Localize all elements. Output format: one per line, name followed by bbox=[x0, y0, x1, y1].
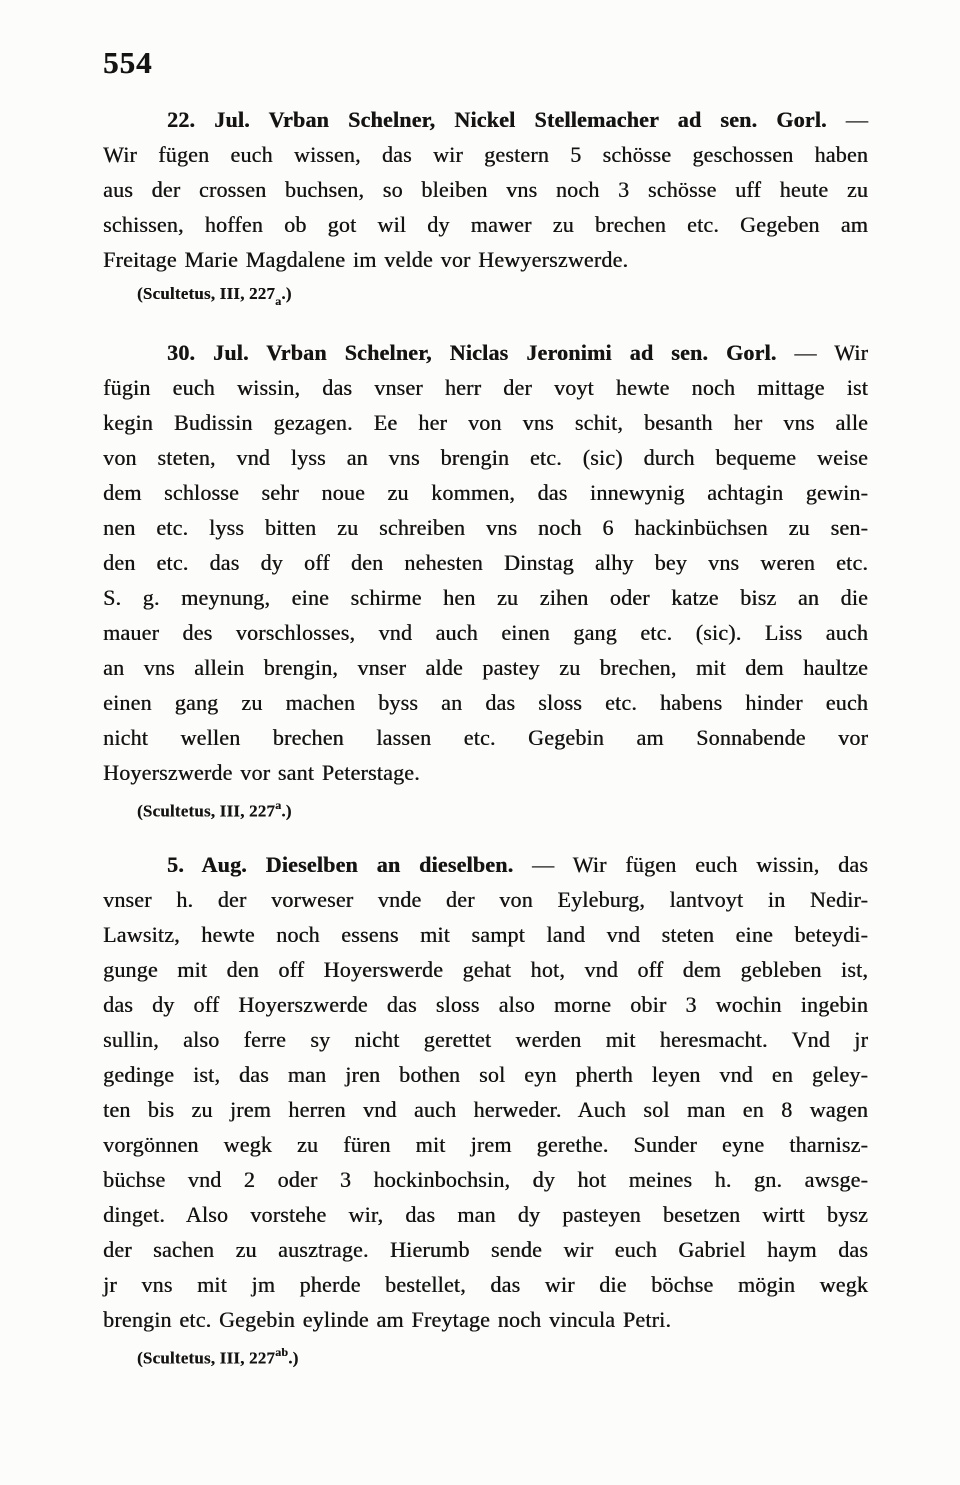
entry-heading-continuation: — Wir fügen euch wissin, das bbox=[513, 852, 868, 877]
text-line: jr vns mit jm pherde bestellet, das wir … bbox=[103, 1267, 868, 1302]
text-line: sullin, also ferre sy nicht gerettet wer… bbox=[103, 1022, 868, 1057]
entry-heading-continuation: — Wir bbox=[776, 340, 868, 365]
text-line: fügin euch wissin, das vnser herr der vo… bbox=[103, 370, 868, 405]
entry-first-line: 22. Jul. Vrban Schelner, Nickel Stellema… bbox=[103, 102, 868, 137]
entry-heading: 5. Aug. Dieselben an dieselben. bbox=[167, 852, 513, 877]
text-line: das dy off Hoyerszwerde das sloss also m… bbox=[103, 987, 868, 1022]
text-line: einen gang zu machen byss an das sloss e… bbox=[103, 685, 868, 720]
text-line: den etc. das dy off den nehesten Dinstag… bbox=[103, 545, 868, 580]
entry-body: fügin euch wissin, das vnser herr der vo… bbox=[103, 370, 868, 790]
text-line: aus der crossen buchsen, so bleiben vns … bbox=[103, 172, 868, 207]
citation-prefix: (Scultetus, III, 227 bbox=[137, 284, 275, 303]
citation-suffix: .) bbox=[281, 284, 291, 303]
text-line: nen etc. lyss bitten zu schreiben vns no… bbox=[103, 510, 868, 545]
entry-body: vnser h. der vorweser vnde der von Eyleb… bbox=[103, 882, 868, 1337]
page-number: 554 bbox=[103, 44, 868, 81]
text-line: brengin etc. Gegebin eylinde am Freytage… bbox=[103, 1302, 868, 1337]
text-line: gunge mit den off Hoyerswerde gehat hot,… bbox=[103, 952, 868, 987]
text-line: S. g. meynung, eine schirme hen zu zihen… bbox=[103, 580, 868, 615]
text-line: Wir fügen euch wissen, das wir gestern 5… bbox=[103, 137, 868, 172]
text-line: Hoyerszwerde vor sant Peterstage. bbox=[103, 755, 868, 790]
entry-heading-continuation: — bbox=[827, 107, 868, 132]
entry-heading: 30. Jul. Vrban Schelner, Niclas Jeronimi… bbox=[167, 340, 776, 365]
book-page: 554 22. Jul. Vrban Schelner, Nickel Stel… bbox=[103, 44, 868, 1370]
entry-heading: 22. Jul. Vrban Schelner, Nickel Stellema… bbox=[167, 107, 827, 132]
text-line: schissen, hoffen ob got wil dy mawer zu … bbox=[103, 207, 868, 242]
regest-entry: 5. Aug. Dieselben an dieselben. — Wir fü… bbox=[103, 847, 868, 1370]
citation-suffix: .) bbox=[288, 1349, 298, 1368]
text-line: nicht wellen brechen lassen etc. Gegebin… bbox=[103, 720, 868, 755]
citation-prefix: (Scultetus, III, 227 bbox=[137, 1349, 275, 1368]
entry-first-line: 5. Aug. Dieselben an dieselben. — Wir fü… bbox=[103, 847, 868, 882]
regest-entry: 22. Jul. Vrban Schelner, Nickel Stellema… bbox=[103, 102, 868, 311]
regest-entry: 30. Jul. Vrban Schelner, Niclas Jeronimi… bbox=[103, 335, 868, 823]
text-line: vorgönnen wegk zu füren mit jrem gerethe… bbox=[103, 1127, 868, 1162]
citation-folio-marker: a bbox=[275, 798, 281, 812]
text-line: an vns allein brengin, vnser alde pastey… bbox=[103, 650, 868, 685]
text-line: von steten, vnd lyss an vns brengin etc.… bbox=[103, 440, 868, 475]
text-line: Freitage Marie Magdalene im velde vor He… bbox=[103, 242, 868, 277]
source-citation: (Scultetus, III, 227a.) bbox=[137, 282, 868, 311]
citation-suffix: .) bbox=[281, 802, 291, 821]
entry-body: Wir fügen euch wissen, das wir gestern 5… bbox=[103, 137, 868, 277]
text-line: Lawsitz, hewte noch essens mit sampt lan… bbox=[103, 917, 868, 952]
citation-folio-marker: ab bbox=[275, 1345, 288, 1359]
citation-folio-marker: a bbox=[275, 294, 281, 308]
entry-first-line: 30. Jul. Vrban Schelner, Niclas Jeronimi… bbox=[103, 335, 868, 370]
text-line: büchse vnd 2 oder 3 hockinbochsin, dy ho… bbox=[103, 1162, 868, 1197]
source-citation: (Scultetus, III, 227a.) bbox=[137, 795, 868, 823]
source-citation: (Scultetus, III, 227ab.) bbox=[137, 1342, 868, 1370]
text-line: mauer des vorschlosses, vnd auch einen g… bbox=[103, 615, 868, 650]
citation-prefix: (Scultetus, III, 227 bbox=[137, 802, 275, 821]
text-line: der sachen zu ausztrage. Hierumb sende w… bbox=[103, 1232, 868, 1267]
text-line: ten bis zu jrem herren vnd auch herweder… bbox=[103, 1092, 868, 1127]
text-line: dem schlosse sehr noue zu kommen, das in… bbox=[103, 475, 868, 510]
text-line: dinget. Also vorstehe wir, das man dy pa… bbox=[103, 1197, 868, 1232]
text-line: gedinge ist, das man jren bothen sol eyn… bbox=[103, 1057, 868, 1092]
text-line: vnser h. der vorweser vnde der von Eyleb… bbox=[103, 882, 868, 917]
text-line: kegin Budissin gezagen. Ee her von vns s… bbox=[103, 405, 868, 440]
